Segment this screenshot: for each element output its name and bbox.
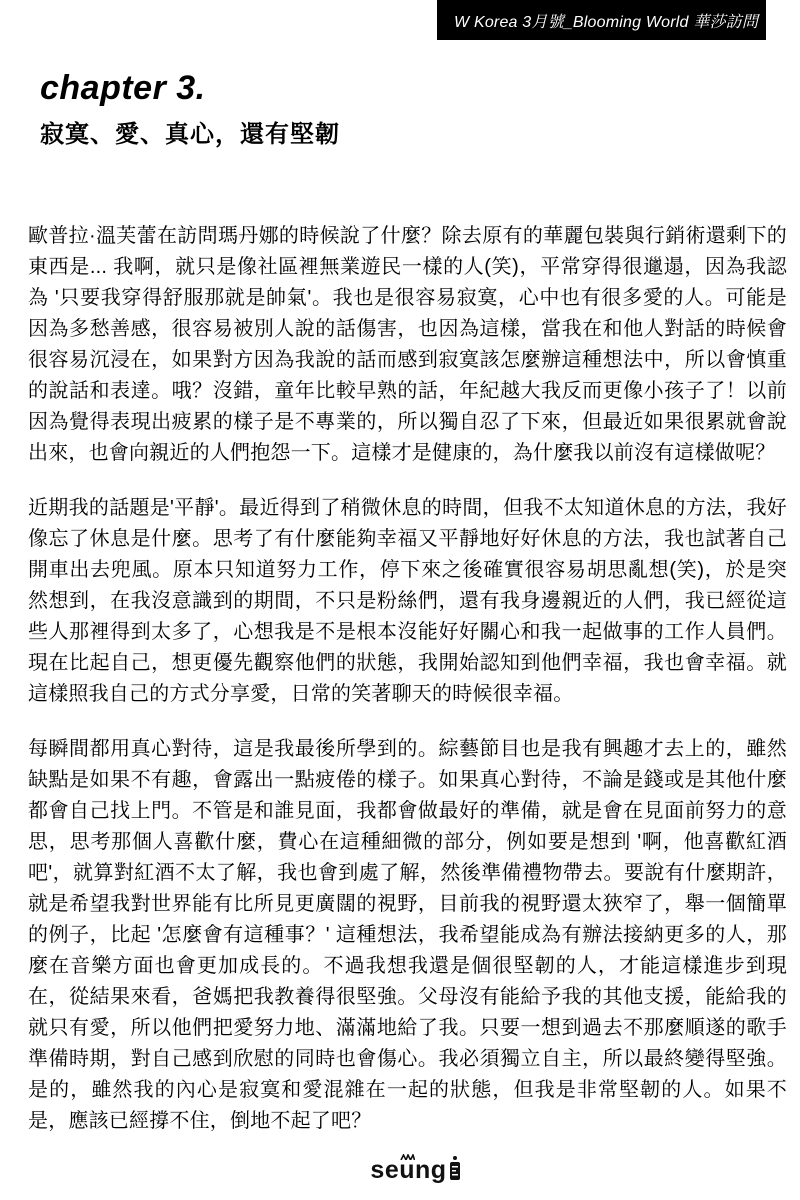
logo-letter-u: u (399, 1156, 415, 1185)
page-content: chapter 3. 寂寞、愛、真心，還有堅韌 歐普拉·溫芙蕾在訪問瑪丹娜的時候… (0, 0, 800, 1137)
chapter-title: chapter 3. (40, 70, 787, 107)
paragraph-2: 近期我的話題是'平靜'。最近得到了稍微休息的時間，但我不太知道休息的方法，我好像… (28, 493, 787, 710)
logo-text-left: se (370, 1156, 399, 1185)
logo-text-mid: u (399, 1156, 415, 1185)
page-subtitle: 寂寞、愛、真心，還有堅韌 (40, 114, 787, 149)
banner-label: W Korea 3月號_Blooming World 華莎訪問 (454, 9, 758, 32)
paragraph-3: 每瞬間都用真心對待，這是我最後所學到的。綜藝節目也是我有興趣才去上的，雖然缺點是… (28, 734, 787, 1137)
top-banner: W Korea 3月號_Blooming World 華莎訪問 (437, 0, 766, 40)
brand-logo: seung (370, 1156, 459, 1185)
logo-text-right: ng (415, 1156, 447, 1185)
page-footer: seung (0, 1156, 800, 1185)
interview-article: 歐普拉·溫芙蕾在訪問瑪丹娜的時候說了什麼？除去原有的華麗包裝與行銷術還剩下的東西… (28, 221, 787, 1137)
paragraph-1: 歐普拉·溫芙蕾在訪問瑪丹娜的時候說了什麼？除去原有的華麗包裝與行銷術還剩下的東西… (28, 221, 787, 469)
seal-stamp-icon (450, 1162, 460, 1180)
crown-icon (400, 1152, 415, 1160)
